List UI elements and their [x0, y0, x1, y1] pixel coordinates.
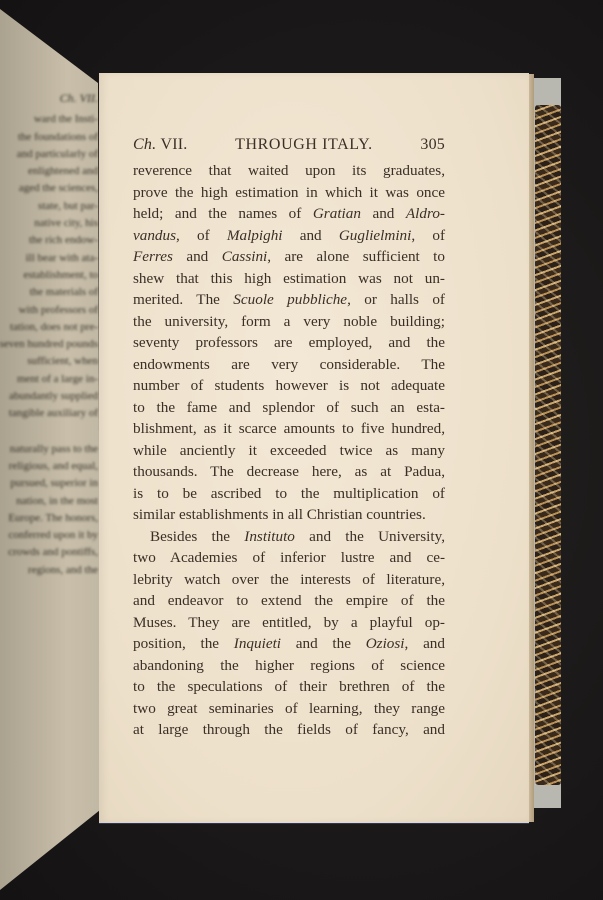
book-page-right: Ch. VII. THROUGH ITALY. 305 reverence th…	[99, 73, 529, 824]
running-title: THROUGH ITALY.	[235, 136, 373, 154]
text-run: merited. The	[133, 291, 233, 308]
facing-text-line	[0, 423, 98, 441]
text-run: thousands. The decrease here, as at Padu…	[133, 463, 445, 480]
text-run: at large through the fields of fancy, an…	[133, 721, 445, 738]
body-text: reverence that waited upon its graduates…	[133, 160, 445, 741]
text-run: and the University,	[295, 528, 445, 545]
facing-text-line: and particularly of	[0, 146, 98, 163]
facing-text-line: ill bear with ata-	[0, 250, 98, 267]
text-run: and	[361, 205, 406, 222]
text-run: prove the high estimation in which it wa…	[133, 184, 445, 201]
text-line: Besides the Instituto and the University…	[133, 526, 445, 548]
text-run: while anciently it exceeded twice as man…	[133, 442, 445, 459]
facing-text-line: nation, in the most	[0, 493, 98, 510]
facing-text-line: regions, and the	[0, 562, 98, 579]
facing-text-line: establishment, to	[0, 267, 98, 284]
facing-text-line: with professors of	[0, 302, 98, 319]
chapter-label: Ch. VII.	[133, 136, 188, 154]
text-line: two Academies of inferior lustre and ce-	[133, 547, 445, 569]
text-line: similar establishments in all Christian …	[133, 504, 445, 526]
italic-term: Ferres	[133, 248, 173, 265]
text-line: shew that this high estimation was not u…	[133, 268, 445, 290]
text-run: held; and the names of	[133, 205, 313, 222]
text-line: seventy professors are employed, and the	[133, 332, 445, 354]
text-run: , and	[405, 635, 445, 652]
text-run: abandoning the higher regions of science	[133, 657, 445, 674]
text-run: the university, form a very noble buildi…	[133, 313, 445, 330]
text-line: at large through the fields of fancy, an…	[133, 719, 445, 741]
text-run: and	[173, 248, 222, 265]
text-run: and the	[281, 635, 366, 652]
text-line: and endeavor to extend the empire of the	[133, 590, 445, 612]
facing-text-line: native city, his	[0, 215, 98, 232]
facing-text-line: seven hundred pounds	[0, 336, 98, 353]
text-run: similar establishments in all Christian …	[133, 506, 426, 523]
italic-term: vandus	[133, 227, 176, 244]
facing-text-line: aged the sciences,	[0, 180, 98, 197]
text-line: prove the high estimation in which it wa…	[133, 182, 445, 204]
text-run: number of students however is not adequa…	[133, 377, 445, 394]
facing-text-line: naturally pass to the	[0, 441, 98, 458]
facing-page-left: Ch. VII. ward the Insti-the foundations …	[0, 0, 112, 900]
facing-text-line: pursued, superior in	[0, 475, 98, 492]
facing-text-line: ment of a large in-	[0, 371, 98, 388]
text-line: vandus, of Malpighi and Guglielmini, of	[133, 225, 445, 247]
text-run: Muses. They are entitled, by a playful o…	[133, 614, 445, 631]
italic-term: Scuole pubbliche	[233, 291, 347, 308]
text-run: and	[283, 227, 339, 244]
text-run: endowments are very considerable. The	[133, 356, 445, 373]
facing-text-line: Europe. The honors,	[0, 510, 98, 527]
page-number: 305	[420, 136, 445, 154]
page-content: Ch. VII. THROUGH ITALY. 305 reverence th…	[133, 136, 445, 741]
chapter-prefix: Ch.	[133, 136, 156, 153]
italic-term: Cassini	[222, 248, 268, 265]
text-line: blishment, as it scarce amounts to five …	[133, 418, 445, 440]
text-line: reverence that waited upon its graduates…	[133, 160, 445, 182]
text-run: lebrity watch over the interests of lite…	[133, 571, 445, 588]
text-run: seventy professors are employed, and the	[133, 334, 445, 351]
text-line: position, the Inquieti and the Oziosi, a…	[133, 633, 445, 655]
text-line: thousands. The decrease here, as at Padu…	[133, 461, 445, 483]
text-line: to the speculations of their brethren of…	[133, 676, 445, 698]
italic-term: Malpighi	[227, 227, 283, 244]
text-run: two great seminaries of learning, they r…	[133, 700, 445, 717]
facing-text-line: the materials of	[0, 284, 98, 301]
text-line: held; and the names of Gratian and Aldro…	[133, 203, 445, 225]
running-head: Ch. VII. THROUGH ITALY. 305	[133, 136, 445, 158]
text-run: position, the	[133, 635, 234, 652]
text-run: and endeavor to extend the empire of the	[133, 592, 445, 609]
text-line: Muses. They are entitled, by a playful o…	[133, 612, 445, 634]
text-run: , are alone sufficient to	[267, 248, 445, 265]
text-line: to the fame and splendor of such an esta…	[133, 397, 445, 419]
facing-text-line: ward the Insti-	[0, 111, 98, 128]
facing-text-line: crowds and pontiffs,	[0, 544, 98, 561]
facing-text-line: religious, and equal,	[0, 458, 98, 475]
text-line: Ferres and Cassini, are alone sufficient…	[133, 246, 445, 268]
facing-text-line: tation, does not pre-	[0, 319, 98, 336]
italic-term: Instituto	[244, 528, 295, 545]
text-run: shew that this high estimation was not u…	[133, 270, 445, 287]
text-run: Besides the	[150, 528, 244, 545]
facing-text-line: enlightened and	[0, 163, 98, 180]
chapter-number: VII.	[160, 136, 187, 153]
facing-text-line: conferred upon it by	[0, 527, 98, 544]
text-line: abandoning the higher regions of science	[133, 655, 445, 677]
text-run: blishment, as it scarce amounts to five …	[133, 420, 445, 437]
italic-term: Aldro-	[406, 205, 445, 222]
text-run: to the fame and splendor of such an esta…	[133, 399, 445, 416]
italic-term: Guglielmini	[339, 227, 412, 244]
text-run: , of	[176, 227, 227, 244]
italic-term: Oziosi	[366, 635, 405, 652]
text-line: two great seminaries of learning, they r…	[133, 698, 445, 720]
facing-text-line: the foundations of	[0, 129, 98, 146]
facing-page-text: Ch. VII. ward the Insti-the foundations …	[0, 90, 98, 579]
marbled-fore-edge	[535, 105, 561, 785]
facing-text-line: abundantly supplied	[0, 388, 98, 405]
text-line: endowments are very considerable. The	[133, 354, 445, 376]
text-run: , of	[411, 227, 445, 244]
facing-text-line: the rich endow-	[0, 232, 98, 249]
facing-running-head: Ch. VII.	[0, 90, 98, 107]
italic-term: Gratian	[313, 205, 361, 222]
facing-text-line: state, but par-	[0, 198, 98, 215]
text-run: , or halls of	[347, 291, 445, 308]
text-line: the university, form a very noble buildi…	[133, 311, 445, 333]
text-line: lebrity watch over the interests of lite…	[133, 569, 445, 591]
text-run: two Academies of inferior lustre and ce-	[133, 549, 445, 566]
text-line: while anciently it exceeded twice as man…	[133, 440, 445, 462]
text-run: to the speculations of their brethren of…	[133, 678, 445, 695]
italic-term: Inquieti	[234, 635, 281, 652]
facing-lines: ward the Insti-the foundations ofand par…	[0, 111, 98, 579]
text-run: is to be ascribed to the multiplication …	[133, 485, 445, 502]
facing-text-line: sufficient, when	[0, 353, 98, 370]
text-line: number of students however is not adequa…	[133, 375, 445, 397]
text-line: merited. The Scuole pubbliche, or halls …	[133, 289, 445, 311]
text-line: is to be ascribed to the multiplication …	[133, 483, 445, 505]
text-run: reverence that waited upon its graduates…	[133, 162, 445, 179]
facing-text-line: tangible auxiliary of	[0, 405, 98, 422]
